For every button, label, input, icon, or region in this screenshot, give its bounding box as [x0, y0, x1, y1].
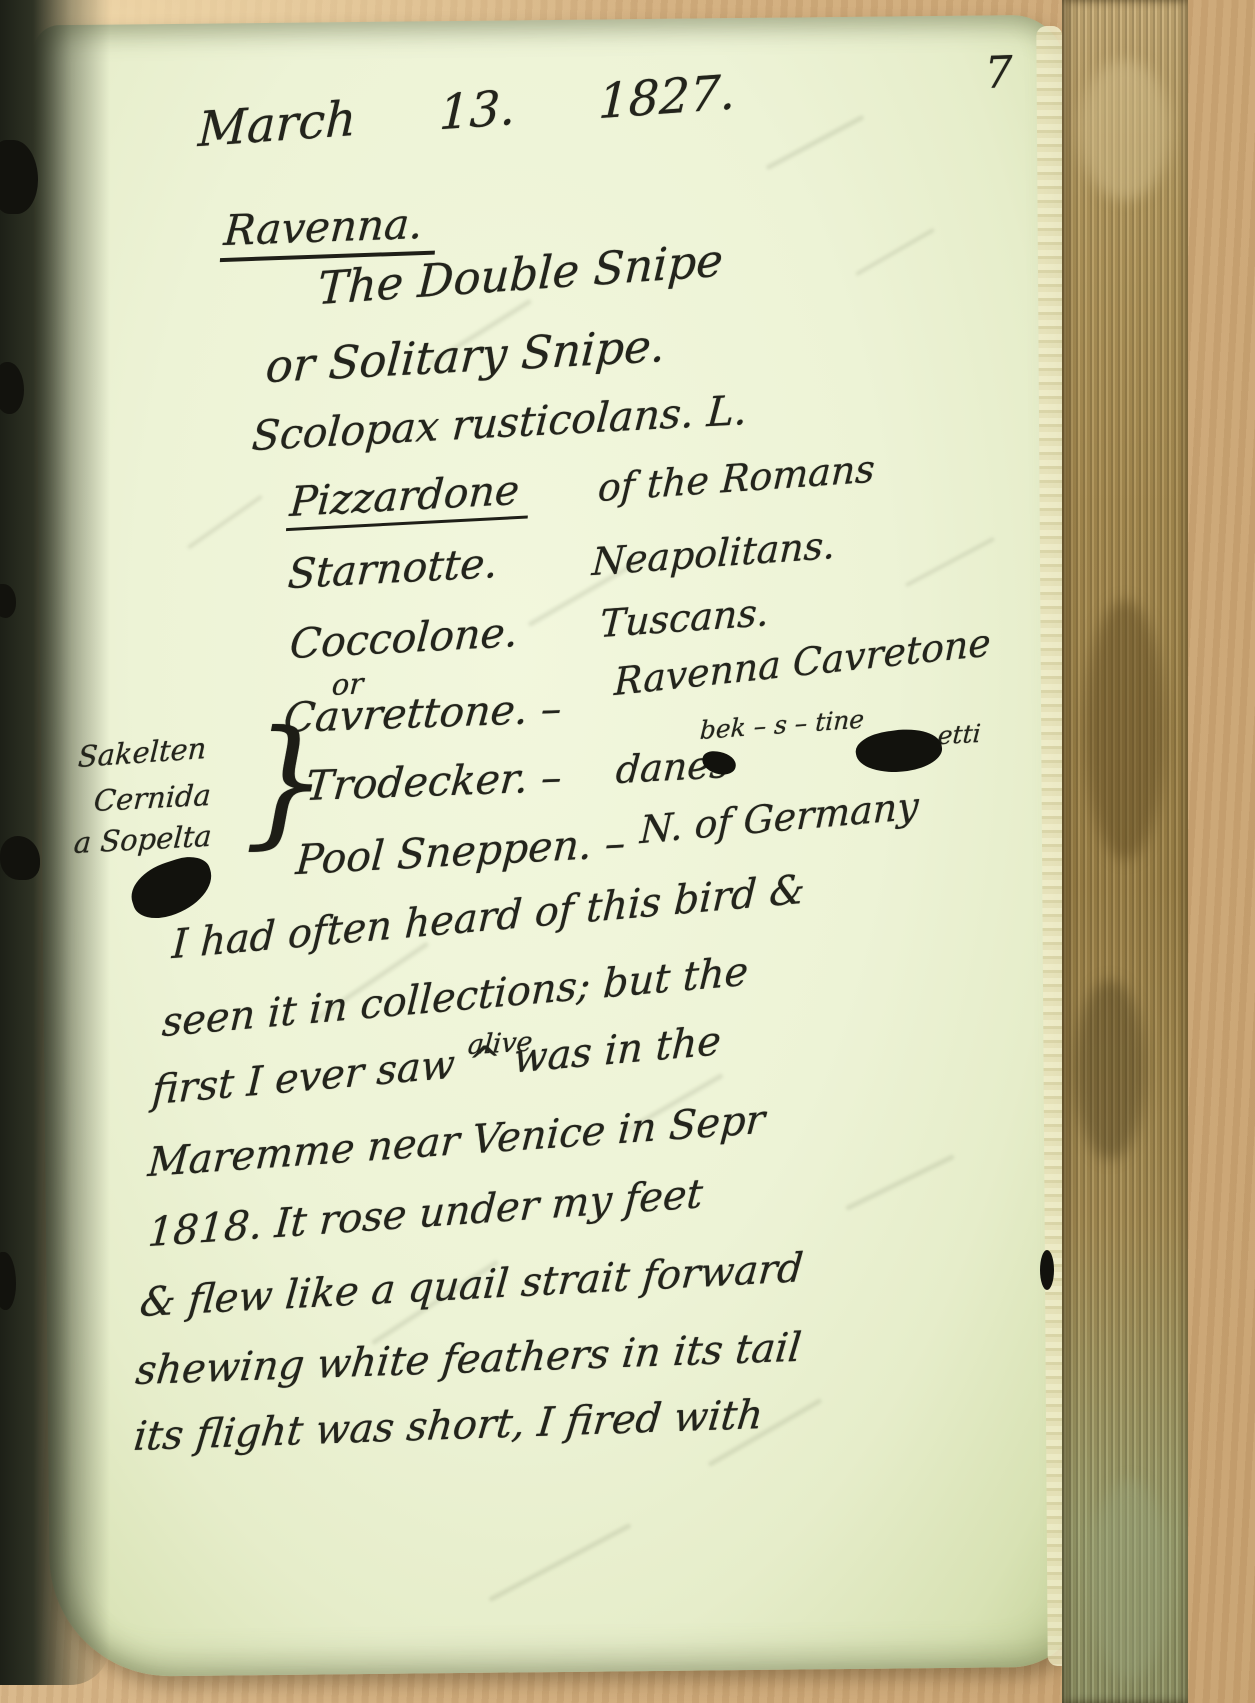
- margin-note-brace: }: [244, 713, 328, 852]
- page-number: 7: [984, 47, 1014, 99]
- manuscript-photo: 7 March 13. 1827. Ravenna. The Double Sn…: [0, 0, 1255, 1703]
- margin-note-line-2: Cernida: [93, 778, 212, 818]
- fore-edge-stain: [1075, 980, 1145, 1160]
- fore-edge-stain: [1090, 1480, 1170, 1680]
- fore-edge-stain: [1080, 60, 1170, 200]
- place-heading: Ravenna.: [220, 198, 438, 255]
- vernacular-name-danish: Trodecker. –: [304, 753, 564, 810]
- place-heading-text: Ravenna.: [220, 198, 439, 262]
- fore-edge-stain: [1085, 600, 1165, 860]
- edge-mark: [1040, 1250, 1054, 1290]
